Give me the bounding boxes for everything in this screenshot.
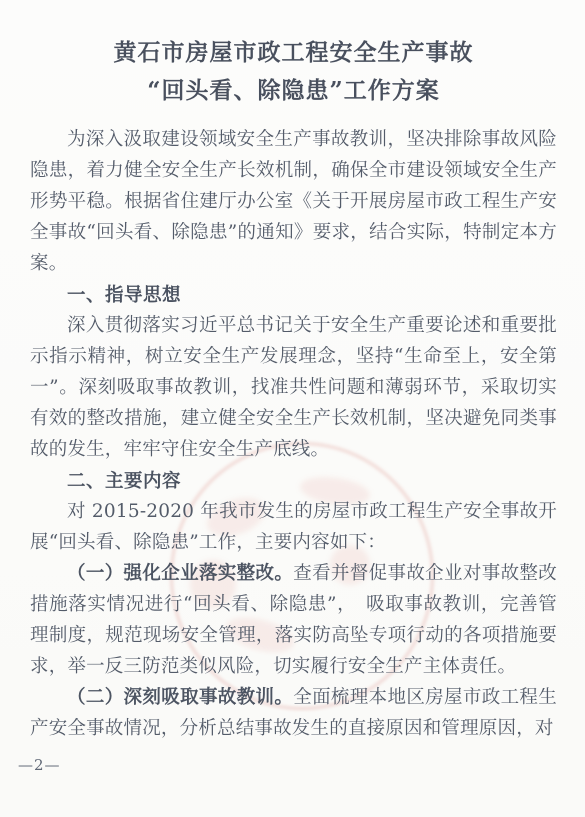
document-title: 黄石市房屋市政工程安全生产事故 “回头看、除隐患”工作方案	[30, 34, 557, 110]
item-1-lead-bold: （一）强化企业落实整改。	[67, 563, 293, 584]
document-content: 黄石市房屋市政工程安全生产事故 “回头看、除隐患”工作方案 为深入汲取建设领域安…	[0, 0, 585, 744]
document-page: 黄石市房屋市政工程安全生产事故 “回头看、除隐患”工作方案 为深入汲取建设领域安…	[0, 0, 585, 817]
document-title-line-1: 黄石市房屋市政工程安全生产事故	[30, 34, 557, 72]
paragraph-item-2: （二）深刻吸取事故教训。全面梳理本地区房屋市政工程生产安全事故情况，分析总结事故…	[30, 682, 557, 744]
paragraph-introduction: 为深入汲取建设领域安全生产事故教训，坚决排除事故风险隐患，着力健全安全生产长效机…	[30, 124, 557, 279]
document-title-line-2: “回头看、除隐患”工作方案	[30, 72, 557, 110]
page-number: —2—	[18, 756, 61, 774]
section-heading-main-content: 二、主要内容	[30, 465, 557, 496]
paragraph-guiding-ideology: 深入贯彻落实习近平总书记关于安全生产重要论述和重要批示指示精神，树立安全生产发展…	[30, 310, 557, 465]
section-heading-guiding-ideology: 一、指导思想	[30, 279, 557, 310]
paragraph-item-1: （一）强化企业落实整改。查看并督促事故企业对事故整改措施落实情况进行“回头看、除…	[30, 558, 557, 682]
item-2-lead-bold: （二）深刻吸取事故教训。	[67, 687, 293, 708]
paragraph-main-content-intro: 对 2015-2020 年我市发生的房屋市政工程生产安全事故开展“回头看、除隐患…	[30, 496, 557, 558]
